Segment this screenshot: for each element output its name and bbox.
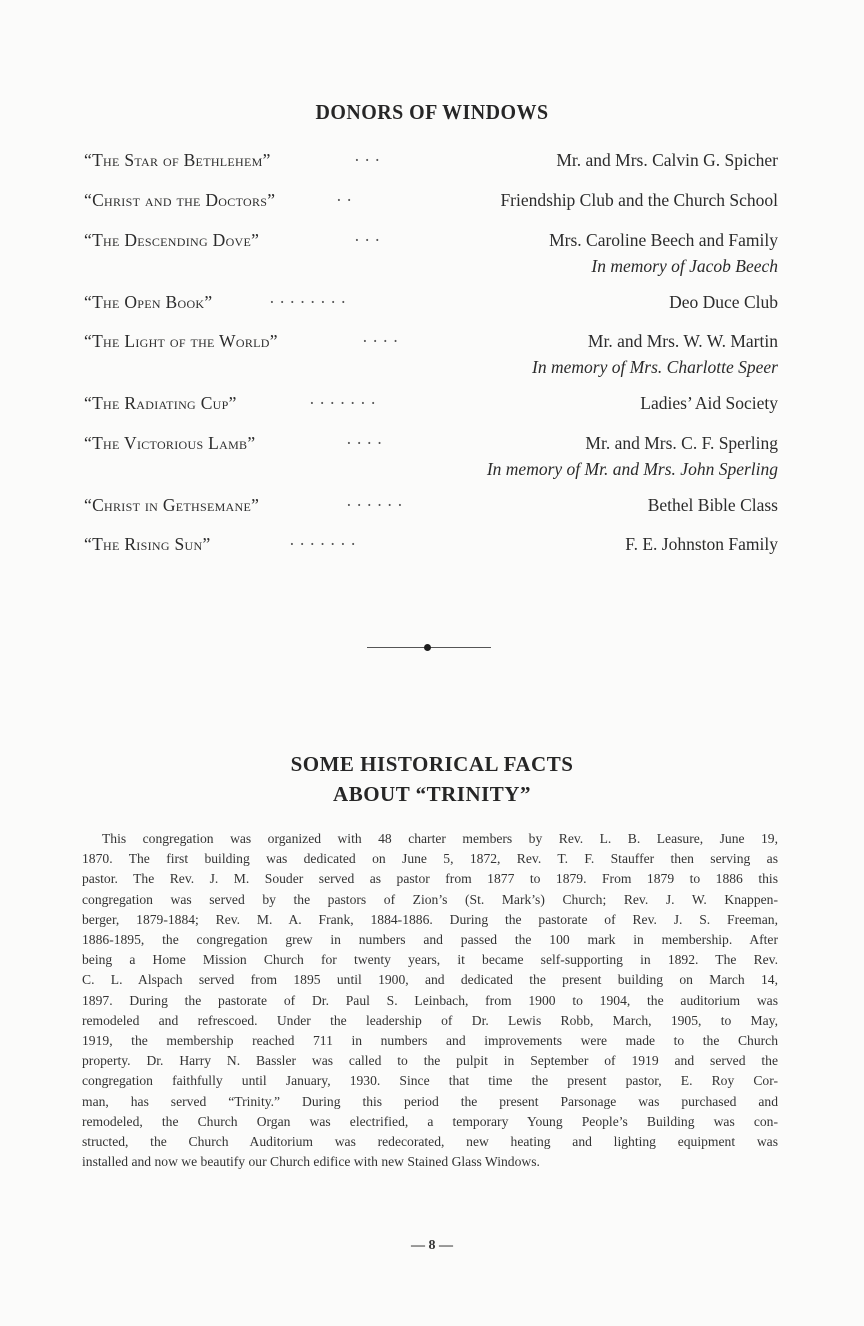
donor-row: “The Star of Bethlehem” · · · Mr. and Mr… <box>84 146 778 174</box>
window-title: “The Open Book” <box>84 288 212 316</box>
paragraph-line: 1897. During the pastorate of Dr. Paul S… <box>82 991 778 1011</box>
leader-dots: · · · · <box>346 429 382 457</box>
window-title: “The Descending Dove” <box>84 226 259 254</box>
leader-dots: · · · <box>354 226 380 254</box>
donor-name: Bethel Bible Class <box>648 491 778 519</box>
paragraph-line: 1886-1895, the congregation grew in numb… <box>82 930 778 950</box>
donor-row: “Christ in Gethsemane” · · · · · · Bethe… <box>84 491 778 519</box>
donor-row: “The Light of the World” · · · · Mr. and… <box>84 327 778 355</box>
divider-bullet-icon <box>424 644 431 651</box>
donors-heading: DONORS OF WINDOWS <box>22 100 843 125</box>
window-title: “The Radiating Cup” <box>84 389 237 417</box>
window-title: “The Light of the World” <box>84 327 278 355</box>
facts-heading-line2: ABOUT “TRINITY” <box>0 782 864 807</box>
donor-name: Mr. and Mrs. W. W. Martin <box>588 327 778 355</box>
memorial-note: In memory of Jacob Beech <box>591 252 778 280</box>
paragraph-line: remodeled and refrescoed. Under the lead… <box>82 1011 778 1031</box>
donor-name: Mr. and Mrs. Calvin G. Spicher <box>556 146 778 174</box>
donor-row: “The Descending Dove” · · · Mrs. Carolin… <box>84 226 778 254</box>
donor-name: Ladies’ Aid Society <box>640 389 778 417</box>
paragraph-line: berger, 1879-1884; Rev. M. A. Frank, 188… <box>82 910 778 930</box>
paragraph-line: being a Home Mission Church for twenty y… <box>82 950 778 970</box>
leader-dots: · · · <box>354 146 380 174</box>
paragraph-line: property. Dr. Harry N. Bassler was calle… <box>82 1051 778 1071</box>
paragraph-line: installed and now we beautify our Church… <box>82 1152 778 1172</box>
window-title: “The Star of Bethlehem” <box>84 146 271 174</box>
donor-row: “The Radiating Cup” · · · · · · · Ladies… <box>84 389 778 417</box>
leader-dots: · · · · · · <box>346 491 403 519</box>
donor-name: Mr. and Mrs. C. F. Sperling <box>585 429 778 457</box>
paragraph-line: 1919, the membership reached 711 in numb… <box>82 1031 778 1051</box>
leader-dots: · · · · · · · <box>289 530 356 558</box>
paragraph-line: C. L. Alspach served from 1895 until 190… <box>82 970 778 990</box>
donor-row: “The Rising Sun” · · · · · · · F. E. Joh… <box>84 530 778 558</box>
leader-dots: · · <box>336 186 352 214</box>
paragraph-line: 1870. The first building was dedicated o… <box>82 849 778 869</box>
window-title: “Christ and the Doctors” <box>84 186 275 214</box>
window-title: “The Rising Sun” <box>84 530 211 558</box>
page-number: — 8 — <box>0 1238 864 1254</box>
paragraph-line: remodeled, the Church Organ was electrif… <box>82 1112 778 1132</box>
donor-name: Deo Duce Club <box>669 288 778 316</box>
leader-dots: · · · · · · · · <box>269 288 346 316</box>
donor-name: Friendship Club and the Church School <box>500 186 778 214</box>
facts-heading-line1: SOME HISTORICAL FACTS <box>0 752 864 777</box>
window-title: “Christ in Gethsemane” <box>84 491 259 519</box>
donor-row: “Christ and the Doctors” · · Friendship … <box>84 186 778 214</box>
window-title: “The Victorious Lamb” <box>84 429 255 457</box>
paragraph-line: This congregation was organized with 48 … <box>82 829 778 849</box>
leader-dots: · · · · <box>362 327 398 355</box>
paragraph-line: congregation was served by the pastors o… <box>82 890 778 910</box>
paragraph-line: structed, the Church Auditorium was rede… <box>82 1132 778 1152</box>
document-page: DONORS OF WINDOWS “The Star of Bethlehem… <box>0 0 864 1326</box>
donor-name: Mrs. Caroline Beech and Family <box>549 226 778 254</box>
donor-name: F. E. Johnston Family <box>625 530 778 558</box>
memorial-note: In memory of Mrs. Charlotte Speer <box>532 353 778 381</box>
paragraph-line: man, has served “Trinity.” During this p… <box>82 1092 778 1112</box>
paragraph-line: pastor. The Rev. J. M. Souder served as … <box>82 869 778 889</box>
donor-row: “The Open Book” · · · · · · · · Deo Duce… <box>84 288 778 316</box>
historical-facts-paragraph: This congregation was organized with 48 … <box>82 829 778 1172</box>
leader-dots: · · · · · · · <box>309 389 376 417</box>
donor-row: “The Victorious Lamb” · · · · Mr. and Mr… <box>84 429 778 457</box>
paragraph-line: congregation faithfully until January, 1… <box>82 1071 778 1091</box>
memorial-note: In memory of Mr. and Mrs. John Sperling <box>487 455 778 483</box>
